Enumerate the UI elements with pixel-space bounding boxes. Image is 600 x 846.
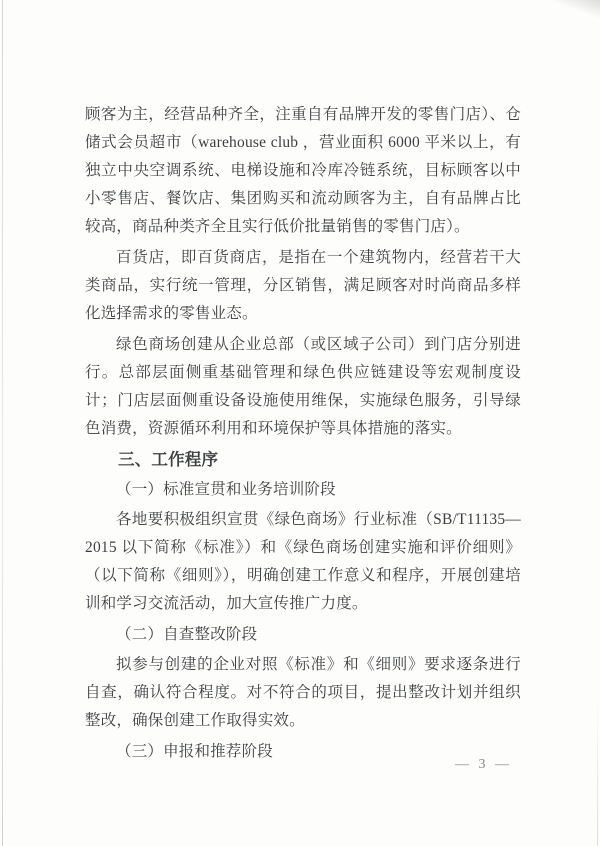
scan-edge-left bbox=[2, 0, 3, 846]
subsection-heading: （二）自查整改阶段 bbox=[85, 621, 521, 649]
paragraph: 百货店，即百货商店，是指在一个建筑物内，经营若干大类商品，实行统一管理，分区销售… bbox=[85, 244, 521, 328]
scan-corner-artifact bbox=[554, 0, 600, 18]
scan-edge-right bbox=[597, 690, 598, 846]
document-page: 顾客为主，经营品种齐全，注重自有品牌开发的零售门店）、仓储式会员超市（wareh… bbox=[0, 0, 600, 846]
paragraph: 绿色商场创建从企业总部（或区域子公司）到门店分别进行。总部层面侧重基础管理和绿色… bbox=[85, 331, 521, 443]
page-number: — 3 — bbox=[455, 757, 512, 773]
paragraph: 拟参与创建的企业对照《标准》和《细则》要求逐条进行自查，确认符合程度。对不符合的… bbox=[85, 651, 521, 735]
document-body: 顾客为主，经营品种齐全，注重自有品牌开发的零售门店）、仓储式会员超市（wareh… bbox=[85, 101, 521, 768]
subsection-heading: （一）标准宣贯和业务培训阶段 bbox=[85, 476, 521, 504]
section-heading: 三、工作程序 bbox=[85, 446, 521, 474]
paragraph: 各地要积极组织宣贯《绿色商场》行业标准（SB/T11135—2015 以下简称《… bbox=[85, 506, 521, 618]
paragraph: 顾客为主，经营品种齐全，注重自有品牌开发的零售门店）、仓储式会员超市（wareh… bbox=[85, 101, 521, 241]
